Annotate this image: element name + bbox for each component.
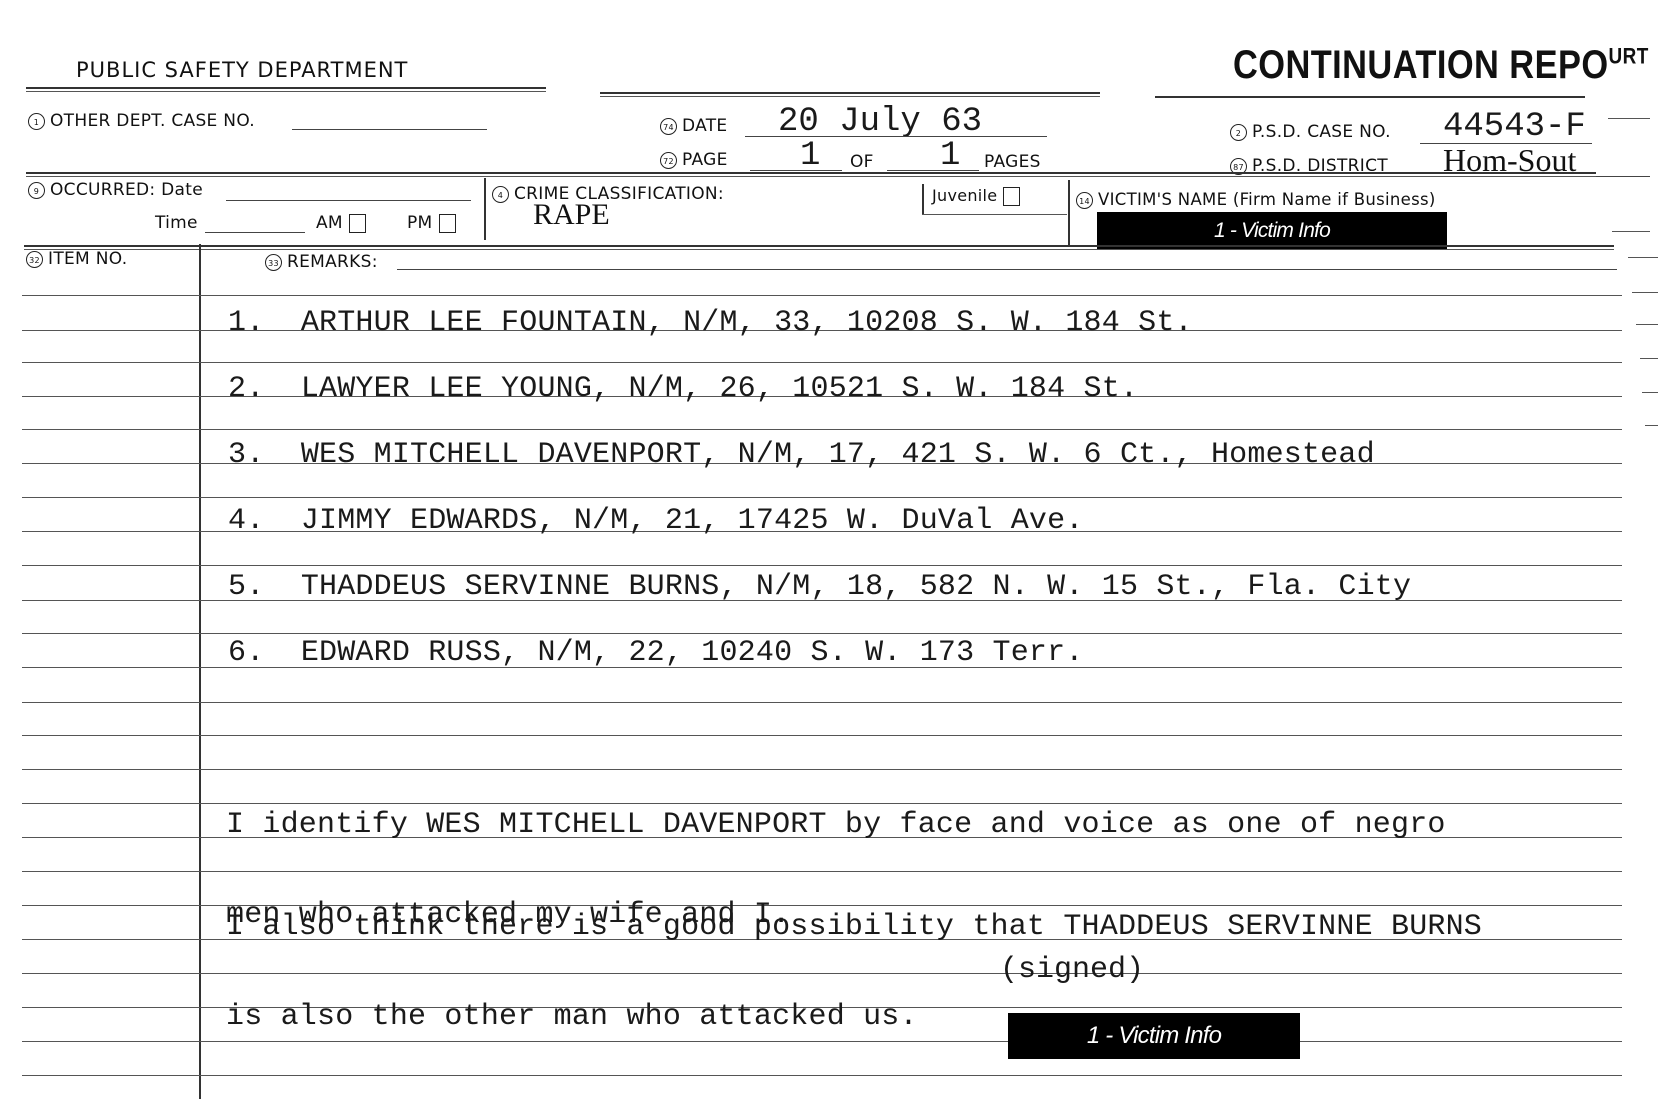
field-number-badge: 2 (1230, 124, 1247, 141)
ruled-line (22, 633, 1622, 634)
am-checkbox[interactable] (349, 214, 366, 233)
remarks-underline (397, 269, 1617, 270)
crime-class-value[interactable]: RAPE (533, 198, 610, 232)
signature-label: (signed) (1000, 953, 1144, 987)
item-number: 4. (228, 504, 264, 538)
field-number-badge: 9 (28, 182, 45, 199)
remarks-header: 33REMARKS: (265, 252, 378, 272)
margin-mark (1632, 292, 1658, 293)
list-item: 4. JIMMY EDWARDS, N/M, 21, 17425 W. DuVa… (228, 504, 1084, 538)
report-title-overflow: URT (1609, 44, 1649, 69)
page-of-label: OF (850, 152, 874, 172)
signature-redaction: 1 - Victim Info (1008, 1013, 1300, 1059)
item-no-label: ITEM NO. (48, 249, 127, 269)
items-section-rule (24, 245, 1614, 247)
items-section-rule-2 (24, 249, 1614, 250)
other-dept-case-field: 1OTHER DEPT. CASE NO. (28, 111, 255, 131)
list-item: 3. WES MITCHELL DAVENPORT, N/M, 17, 421 … (228, 438, 1375, 472)
ruled-line (22, 702, 1622, 703)
other-dept-case-input[interactable] (292, 129, 487, 130)
divider-victim (1068, 180, 1070, 246)
item-number: 1. (228, 306, 264, 340)
ruled-line (22, 295, 1622, 296)
header-rule-left (26, 87, 546, 89)
section-rule (26, 172, 1596, 174)
ruled-line (22, 735, 1622, 736)
department-name: PUBLIC SAFETY DEPARTMENT (76, 58, 408, 82)
margin-mark (1636, 324, 1658, 325)
page-label: PAGE (682, 150, 728, 170)
pm-option[interactable]: PM (407, 213, 456, 233)
field-number-badge: 14 (1076, 192, 1093, 209)
list-item: 6. EDWARD RUSS, N/M, 22, 10240 S. W. 173… (228, 636, 1084, 670)
item-number: 5. (228, 570, 264, 604)
list-item: 5. THADDEUS SERVINNE BURNS, N/M, 18, 582… (228, 570, 1411, 604)
psd-case-label: P.S.D. CASE NO. (1252, 122, 1391, 142)
header-rule-mid-2 (600, 96, 1100, 97)
page-underline (750, 170, 842, 171)
juvenile-checkbox[interactable] (1003, 187, 1020, 206)
field-number-badge: 33 (265, 254, 282, 271)
occurred-time-input[interactable] (205, 232, 305, 233)
divider-juvenile (922, 184, 924, 214)
victim-name-field-label: 14VICTIM'S NAME (Firm Name if Business) (1076, 190, 1436, 209)
report-title: CONTINUATION REPOURT (1233, 43, 1649, 88)
item-text: JIMMY EDWARDS, N/M, 21, 17425 W. DuVal A… (301, 504, 1084, 538)
date-field-label: 74DATE (660, 116, 727, 136)
pages-label: PAGES (984, 152, 1041, 172)
item-text: WES MITCHELL DAVENPORT, N/M, 17, 421 S. … (301, 438, 1375, 472)
ruled-line (22, 497, 1622, 498)
ruled-line (22, 1075, 1622, 1076)
ruled-line (22, 362, 1622, 363)
occurred-date-input[interactable] (226, 200, 471, 201)
list-item: 2. LAWYER LEE YOUNG, N/M, 26, 10521 S. W… (228, 372, 1138, 406)
page-field-label: 72PAGE (660, 150, 728, 170)
statement-line: I also think there is a good possibility… (226, 912, 1482, 942)
juvenile-label: Juvenile (932, 186, 997, 205)
section-rule-2 (26, 176, 1596, 177)
field-number-badge: 72 (660, 152, 677, 169)
margin-mark (1645, 425, 1658, 426)
am-option[interactable]: AM (316, 213, 366, 233)
item-no-header: 32ITEM NO. (26, 249, 127, 269)
occurred-label: OCCURRED: Date (50, 180, 203, 200)
item-number: 6. (228, 636, 264, 670)
time-label: Time (155, 213, 198, 233)
item-text: ARTHUR LEE FOUNTAIN, N/M, 33, 10208 S. W… (301, 306, 1193, 340)
psd-case-field-label: 2P.S.D. CASE NO. (1230, 122, 1391, 142)
ruled-line (22, 429, 1622, 430)
item-text: EDWARD RUSS, N/M, 22, 10240 S. W. 173 Te… (301, 636, 1084, 670)
item-text: THADDEUS SERVINNE BURNS, N/M, 18, 582 N.… (301, 570, 1411, 604)
field-number-badge: 32 (26, 251, 43, 268)
margin-mark (1640, 358, 1658, 359)
field-number-badge: 4 (492, 186, 509, 203)
item-column-divider (199, 244, 201, 1099)
header-rule-mid (600, 92, 1100, 94)
margin-mark (1608, 118, 1650, 119)
header-rule-left-2 (26, 91, 546, 92)
margin-mark (1612, 231, 1650, 232)
item-number: 2. (228, 372, 264, 406)
remarks-label: REMARKS: (287, 252, 378, 272)
occurred-field-label: 9OCCURRED: Date (28, 180, 203, 200)
margin-mark (1628, 257, 1658, 258)
other-dept-case-label: OTHER DEPT. CASE NO. (50, 111, 255, 131)
margin-mark (1642, 392, 1658, 393)
date-underline (745, 136, 1047, 137)
divider-occurred (484, 178, 486, 240)
item-text: LAWYER LEE YOUNG, N/M, 26, 10521 S. W. 1… (301, 372, 1138, 406)
juvenile-box-bottom (922, 214, 1067, 215)
psd-case-value[interactable]: 44543-F (1443, 108, 1586, 146)
juvenile-option[interactable]: Juvenile (932, 186, 1020, 206)
item-number: 3. (228, 438, 264, 472)
list-item: 1. ARTHUR LEE FOUNTAIN, N/M, 33, 10208 S… (228, 306, 1193, 340)
report-title-text: CONTINUATION REPO (1233, 43, 1609, 87)
pm-checkbox[interactable] (439, 214, 456, 233)
page-total-underline (887, 170, 979, 171)
pm-label: PM (407, 213, 433, 233)
victim-name-label: VICTIM'S NAME (Firm Name if Business) (1098, 190, 1436, 209)
am-label: AM (316, 213, 343, 233)
field-number-badge: 1 (28, 113, 45, 130)
field-number-badge: 74 (660, 118, 677, 135)
header-rule-right (1155, 96, 1585, 98)
date-label: DATE (682, 116, 727, 136)
statement-line: I identify WES MITCHELL DAVENPORT by fac… (226, 810, 1446, 840)
ruled-line (22, 565, 1622, 566)
